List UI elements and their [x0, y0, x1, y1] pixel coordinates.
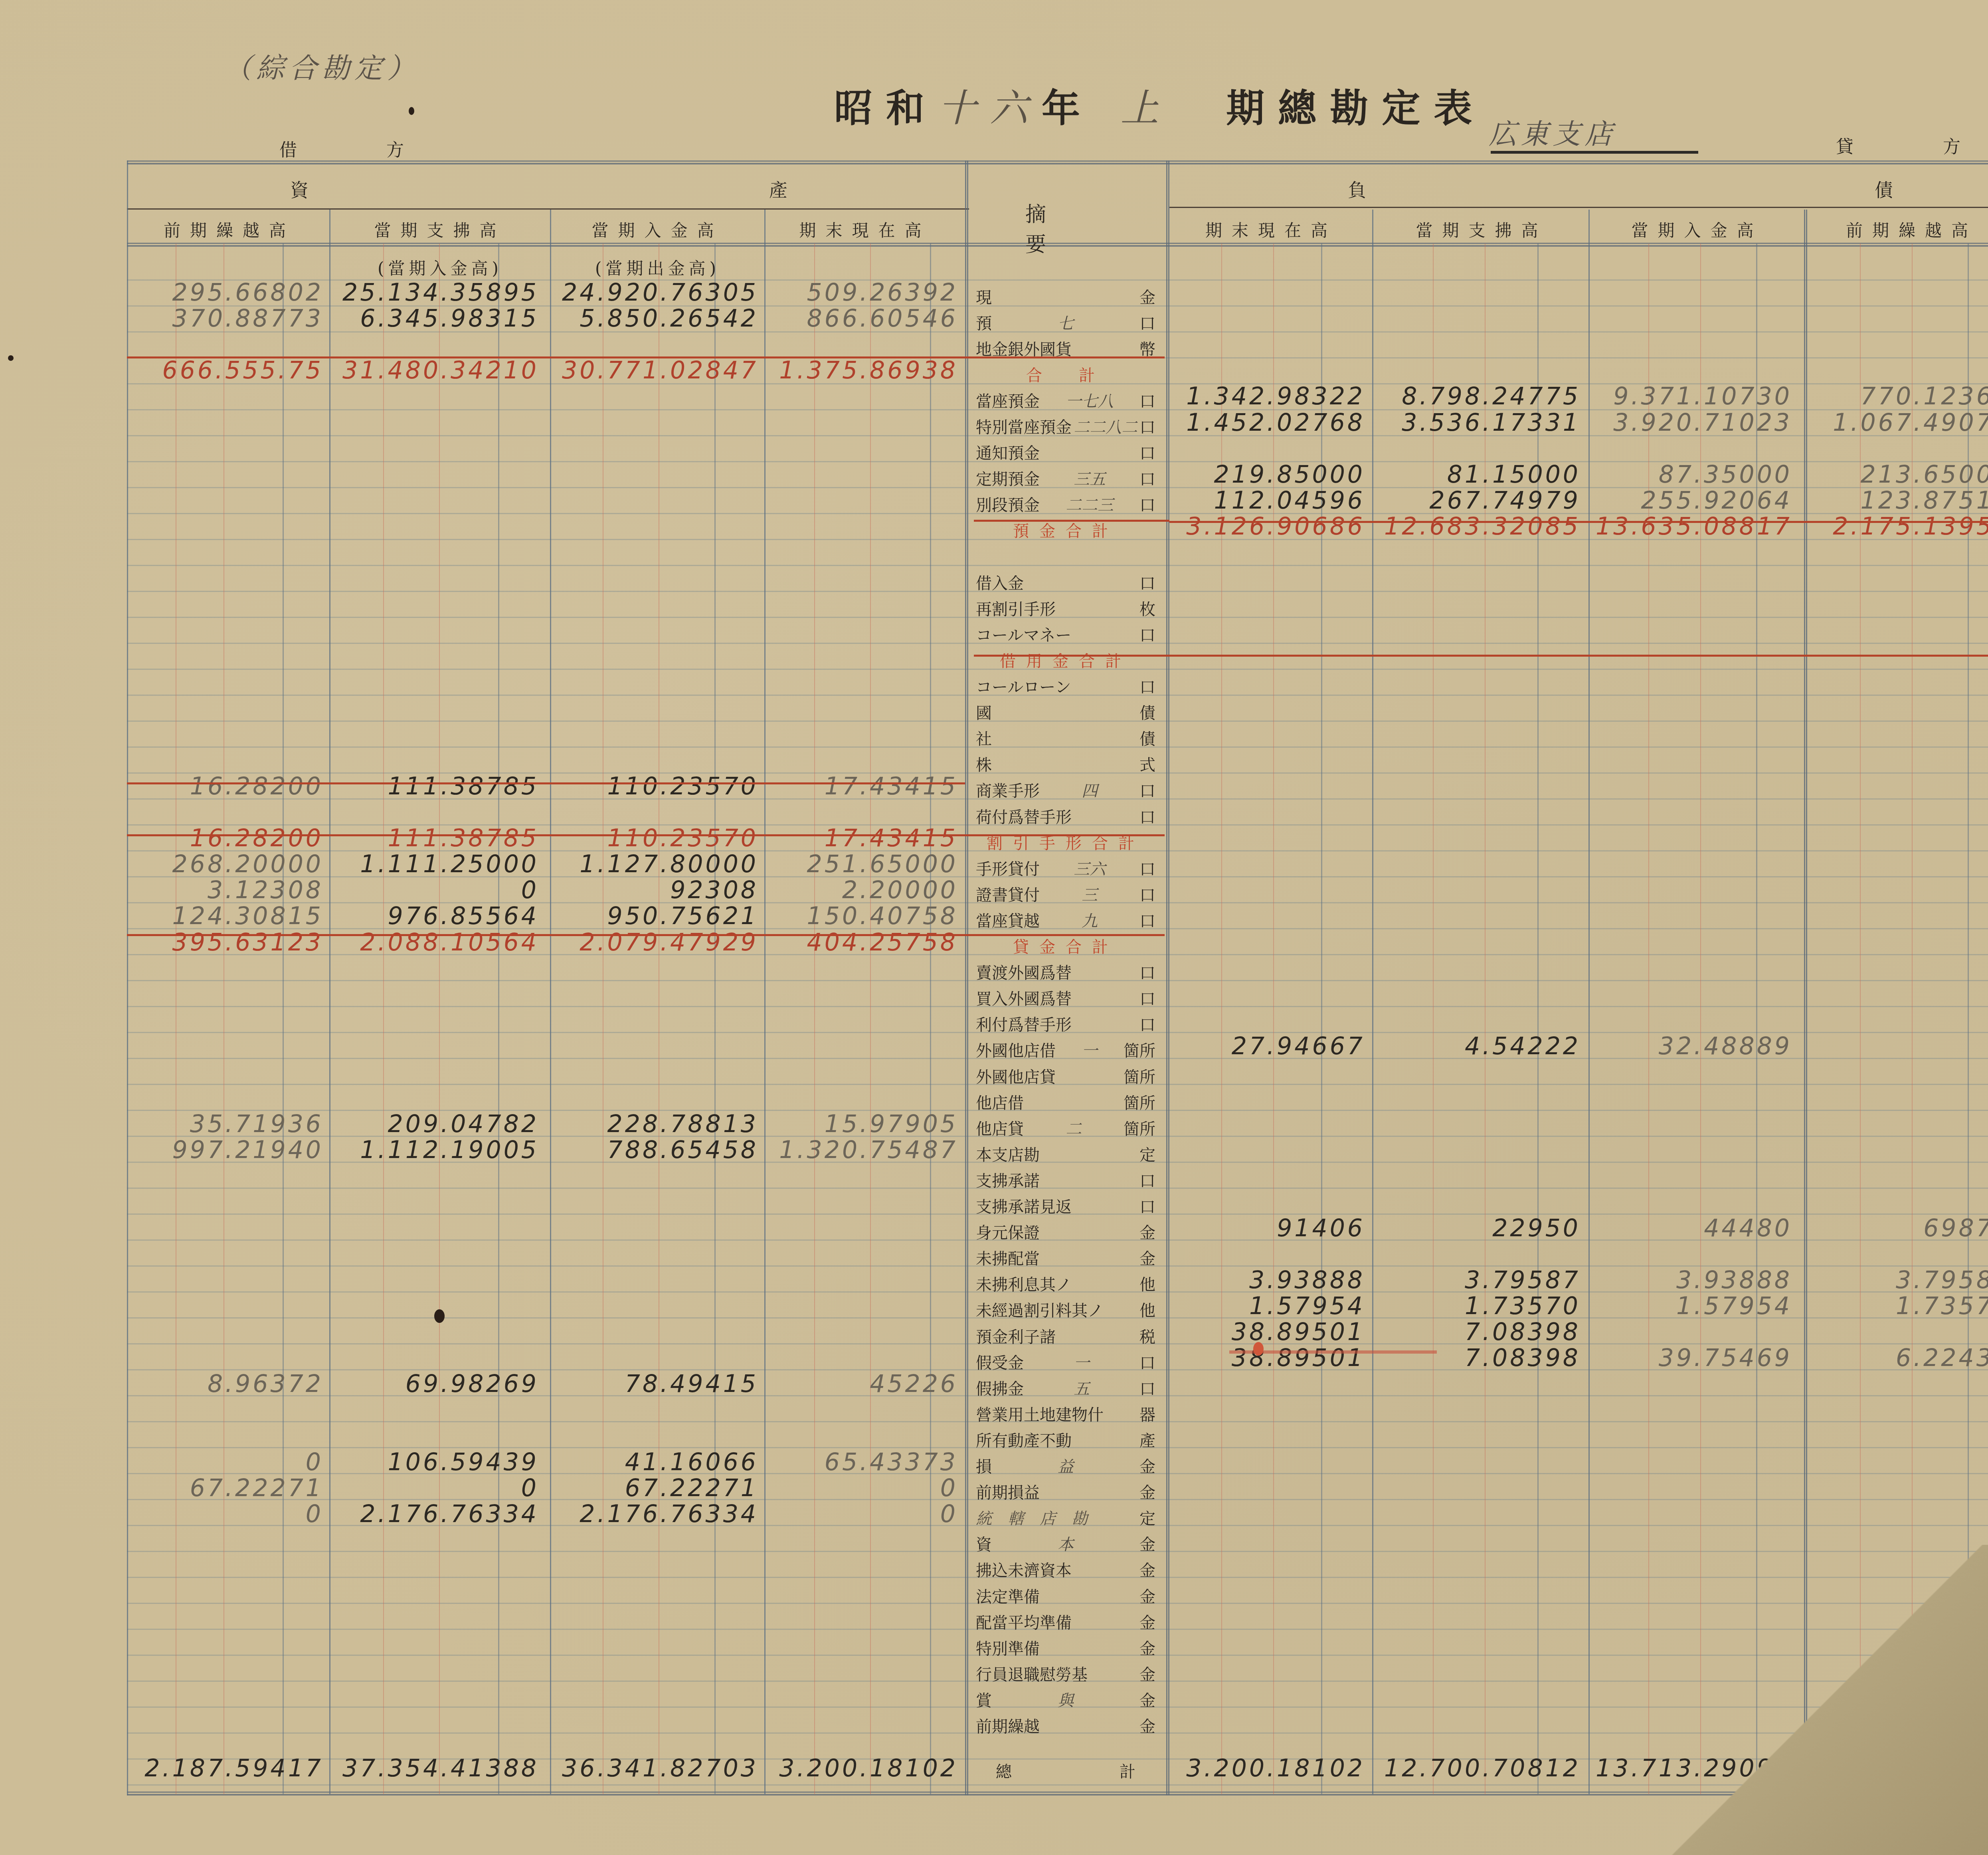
- label-end: 口: [1139, 467, 1155, 489]
- account-count: 一七八: [1040, 389, 1139, 412]
- liability-amount: 255.92064: [1592, 487, 1792, 515]
- label-end: 口: [1139, 883, 1155, 905]
- summary-label: 賞與金: [976, 1687, 1155, 1711]
- stamp-sogo-kanjo: （綜合勘定）: [224, 46, 420, 86]
- asset-amount: 111.38785: [331, 824, 539, 852]
- summary-label: 他店借箇所: [976, 1090, 1155, 1114]
- summary-header-char-2: 要: [1025, 233, 1114, 257]
- asset-amount: 0: [132, 1448, 323, 1476]
- summary-label: 利付爲替手形口: [976, 1012, 1155, 1036]
- label-start: 通知預金: [976, 441, 1040, 463]
- summary-label: 貸金合計: [976, 934, 1155, 958]
- account-count: 七: [992, 311, 1139, 334]
- summary-label: 資本金: [976, 1532, 1155, 1556]
- asset-amount: 0: [331, 876, 539, 904]
- digit-rule: [224, 244, 224, 1794]
- liabilities-group-divider: [1169, 207, 1988, 208]
- label-start: 別段預金: [976, 493, 1040, 515]
- assets-group-divider: [127, 208, 969, 210]
- liability-amount: 38.89501: [1173, 1318, 1365, 1346]
- label-middle: 益: [992, 1454, 1139, 1477]
- label-end: 口: [1139, 1350, 1155, 1373]
- label-end: 口: [1139, 857, 1155, 879]
- label-end: 金: [1139, 1454, 1155, 1477]
- summary-label: 合 計: [976, 362, 1155, 386]
- subtotal-label: 貸金合計: [1013, 934, 1118, 957]
- liability-amount: 770.12367: [1804, 382, 1988, 410]
- asset-amount: 3.12308: [132, 876, 323, 904]
- label-start: 定期預金: [976, 467, 1040, 489]
- label-start: コールローン: [976, 675, 1071, 697]
- summary-label: 借入金口: [976, 570, 1155, 594]
- liability-amount: 219.85000: [1173, 461, 1365, 489]
- digit-rule: [814, 244, 815, 1794]
- asset-amount: 16.28200: [132, 824, 323, 852]
- label-end: 口: [1139, 441, 1155, 463]
- liability-amount: 1.73570: [1377, 1292, 1581, 1320]
- title-main: 期總勘定表: [1226, 85, 1486, 131]
- col-header-liab-paid: 當期支拂高: [1375, 218, 1588, 242]
- label-end: 箇所: [1124, 1038, 1155, 1061]
- summary-label: 證書貸付三口: [976, 882, 1155, 906]
- summary-label: 國債: [976, 700, 1155, 724]
- digit-rule: [383, 244, 384, 1794]
- liability-amount: 91406: [1173, 1214, 1365, 1242]
- summary-label: 前期損益金: [976, 1480, 1155, 1504]
- asset-amount: 25.134.35895: [331, 279, 539, 307]
- asset-amount: 251.65000: [766, 850, 958, 878]
- label-start: 營業用土地建物什: [976, 1402, 1104, 1425]
- summary-label: 賣渡外國爲替口: [976, 960, 1155, 984]
- label-end: 口: [1139, 389, 1155, 412]
- label-end: 税: [1139, 1324, 1155, 1347]
- label-end: 金: [1139, 1480, 1155, 1503]
- label-start: 本支店勘: [976, 1142, 1040, 1165]
- asset-amount: 1.375.86938: [766, 356, 958, 384]
- title-year-handwritten: 十六: [938, 86, 1042, 131]
- label-start: 現: [976, 285, 992, 308]
- label-start: 特別當座預金: [976, 415, 1072, 438]
- asset-total: 2.187.59417: [132, 1754, 323, 1782]
- liability-amount: 1.452.02768: [1173, 409, 1365, 437]
- col-header-liab-received: 當期入金高: [1590, 218, 1804, 242]
- summary-label: 未經過割引料其ノ他: [976, 1298, 1155, 1322]
- label-end: 口: [1139, 415, 1155, 438]
- label-start: 損: [976, 1454, 992, 1477]
- asset-amount: 295.66802: [132, 279, 323, 307]
- label-start: 賞: [976, 1688, 992, 1711]
- summary-label: 預七口: [976, 310, 1155, 334]
- label-end: 口: [1139, 986, 1155, 1009]
- summary-label: 預金利子諸税: [976, 1324, 1155, 1348]
- asset-amount: 150.40758: [766, 902, 958, 930]
- liability-amount: 3.920.71023: [1592, 409, 1792, 437]
- asset-amount: 209.04782: [331, 1110, 539, 1138]
- col-divider: [1588, 210, 1590, 1794]
- label-end: 定: [1139, 1506, 1155, 1529]
- asset-amount: 67.22271: [551, 1474, 758, 1502]
- summary-label: 配當平均準備金: [976, 1610, 1155, 1633]
- summary-label: 假拂金五口: [976, 1376, 1155, 1400]
- col-divider: [329, 210, 330, 1794]
- liability-amount: 39.75469: [1592, 1344, 1792, 1372]
- liability-amount: 3.79587: [1804, 1266, 1988, 1294]
- label-end: 口: [1139, 1168, 1155, 1191]
- label-end: 金: [1139, 1220, 1155, 1243]
- label-start: 證書貸付: [976, 883, 1040, 905]
- label-middle: 本: [992, 1532, 1139, 1555]
- label-start: 統轄店勘: [976, 1506, 1104, 1529]
- asset-amount: 45226: [766, 1370, 958, 1398]
- label-start: 行員退職慰勞基: [976, 1662, 1088, 1685]
- asset-amount: 69.98269: [331, 1370, 539, 1398]
- asset-amount: 268.20000: [132, 850, 323, 878]
- summary-label: 株式: [976, 752, 1155, 776]
- liability-amount: 4.54222: [1377, 1032, 1581, 1060]
- subtotal-label: 借用金合計: [1000, 649, 1131, 671]
- liabilities-group-char-1: 負: [1337, 176, 1377, 202]
- liability-amount: 6.22430: [1804, 1344, 1988, 1372]
- asset-amount: 228.78813: [551, 1110, 758, 1138]
- asset-total: 37.354.41388: [331, 1754, 539, 1782]
- label-end: 口: [1139, 1012, 1155, 1035]
- label-start: 當座貸越: [976, 909, 1040, 931]
- asset-amount: 0: [766, 1474, 958, 1502]
- grand-total-label-char: 計: [1120, 1759, 1135, 1782]
- asset-amount: 6.345.98315: [331, 305, 539, 333]
- label-end: 口: [1139, 909, 1155, 931]
- label-start: 手形貸付: [976, 857, 1040, 879]
- red-rule: [127, 356, 1165, 358]
- subtotal-label: 預金合計: [1013, 519, 1118, 541]
- account-count: 三六: [1040, 857, 1139, 879]
- digit-rule: [176, 244, 176, 1794]
- label-start: 未拂配當: [976, 1246, 1040, 1269]
- summary-label: 再割引手形枚: [976, 596, 1155, 620]
- summary-label: 特別當座預金二二八二口: [976, 414, 1155, 438]
- folded-corner: [1668, 1545, 1988, 1855]
- label-start: 配當平均準備: [976, 1610, 1072, 1633]
- col-subheader-asset-received: (當期出金高): [551, 255, 764, 279]
- asset-amount: 0: [132, 1500, 323, 1528]
- summary-label: 荷付爲替手形口: [976, 804, 1155, 828]
- label-end: 他: [1139, 1298, 1155, 1321]
- label-end: 債: [1139, 701, 1155, 723]
- label-start: 當座預金: [976, 389, 1040, 412]
- liability-total: 3.200.18102: [1173, 1754, 1365, 1782]
- asset-amount: 1.111.25000: [331, 850, 539, 878]
- liability-amount: 3.536.17331: [1377, 409, 1581, 437]
- asset-amount: 370.88773: [132, 305, 323, 333]
- col-divider: [1372, 210, 1373, 1794]
- asset-amount: 2.176.76334: [331, 1500, 539, 1528]
- label-end: 金: [1139, 285, 1155, 308]
- red-seal-mark: [1253, 1342, 1264, 1356]
- label-start: 他店借: [976, 1091, 1024, 1113]
- summary-label: 當座預金一七八口: [976, 388, 1155, 412]
- liability-amount: 9.371.10730: [1592, 382, 1792, 410]
- grand-total-label: 總計: [976, 1758, 1155, 1782]
- label-start: 商業手形: [976, 778, 1040, 801]
- summary-label: 外國他店借一箇所: [976, 1038, 1155, 1062]
- label-start: 預: [976, 311, 992, 334]
- liability-amount: 69876: [1804, 1214, 1988, 1242]
- label-end: 定: [1139, 1142, 1155, 1165]
- summary-label: 身元保證金: [976, 1220, 1155, 1244]
- assets-group-char-2: 產: [758, 176, 798, 202]
- liability-amount: 1.73570: [1804, 1292, 1988, 1320]
- liability-amount: 87.35000: [1592, 461, 1792, 489]
- liability-amount: 13.635.08817: [1592, 513, 1792, 540]
- digit-rule: [603, 244, 603, 1794]
- liability-amount: 3.93888: [1592, 1266, 1792, 1294]
- asset-amount: 110.23570: [551, 772, 758, 800]
- red-rule: [974, 655, 1988, 657]
- summary-label: 借用金合計: [976, 648, 1155, 672]
- summary-label: 假受金一口: [976, 1350, 1155, 1374]
- summary-label: 特別準備金: [976, 1635, 1155, 1659]
- liability-amount: 27.94667: [1173, 1032, 1365, 1060]
- summary-right-border: [1166, 160, 1169, 1795]
- asset-amount: 0: [766, 1500, 958, 1528]
- label-start: 所有動產不動: [976, 1428, 1072, 1451]
- label-start: 前期損益: [976, 1480, 1040, 1503]
- summary-header-char-1: 摘: [1025, 203, 1114, 227]
- liability-amount: 3.79587: [1377, 1266, 1581, 1294]
- label-end: 口: [1139, 778, 1155, 801]
- liability-amount: 1.57954: [1173, 1292, 1365, 1320]
- summary-label: 統轄店勘定: [976, 1506, 1155, 1530]
- ink-dot: [409, 107, 414, 115]
- assets-group-char-1: 資: [279, 176, 319, 202]
- col-divider: [764, 210, 766, 1794]
- summary-header: 摘要: [994, 198, 1145, 257]
- liability-total: 12.700.70812: [1377, 1754, 1581, 1782]
- asset-amount: 2.079.47929: [551, 928, 758, 956]
- label-start: 支拂承諾: [976, 1168, 1040, 1191]
- label-end: 金: [1139, 1714, 1155, 1737]
- summary-label: 社債: [976, 726, 1155, 750]
- label-start: 買入外國爲替: [976, 986, 1072, 1009]
- asset-amount: 2.20000: [766, 876, 958, 904]
- asset-amount: 866.60546: [766, 305, 958, 333]
- liability-amount: 44480: [1592, 1214, 1792, 1242]
- account-count: 二二八二: [1072, 415, 1139, 438]
- liability-amount: 2.175.13950: [1804, 513, 1988, 540]
- summary-label: 通知預金口: [976, 440, 1155, 464]
- label-end: 口: [1139, 1376, 1155, 1399]
- asset-amount: 2.088.10564: [331, 928, 539, 956]
- account-count: 三五: [1040, 467, 1139, 489]
- liability-amount: 22950: [1377, 1214, 1581, 1242]
- asset-amount: 78.49415: [551, 1370, 758, 1398]
- asset-amount: 110.23570: [551, 824, 758, 852]
- col-header-asset-received: 當期入金高: [551, 218, 764, 242]
- liability-amount: 81.15000: [1377, 461, 1581, 489]
- col-subheader-asset-paid: (當期入金高): [331, 255, 549, 279]
- title-prefix: 昭和: [834, 85, 938, 131]
- label-end: 債: [1139, 727, 1155, 749]
- grand-total-label-char: 總: [996, 1759, 1012, 1782]
- label-start: 國: [976, 701, 992, 723]
- label-end: 口: [1139, 960, 1155, 983]
- account-count: 四: [1040, 778, 1139, 801]
- asset-amount: 24.920.76305: [551, 279, 758, 307]
- table-top-border: [127, 160, 1988, 164]
- col-header-asset-balance: 期末現在高: [766, 218, 964, 242]
- label-start: 再割引手形: [976, 597, 1056, 620]
- label-end: 箇所: [1124, 1065, 1155, 1087]
- label-start: 未經過割引料其ノ: [976, 1298, 1104, 1321]
- label-end: 產: [1139, 1428, 1155, 1451]
- label-end: 口: [1139, 311, 1155, 334]
- sen-divider: [714, 244, 716, 1794]
- summary-left-border: [965, 160, 968, 1795]
- liability-amount: 12.683.32085: [1377, 513, 1581, 540]
- liability-amount: 112.04596: [1173, 487, 1365, 515]
- label-start: 他店貸: [976, 1117, 1024, 1139]
- summary-label: 支拂承諾見返口: [976, 1194, 1155, 1218]
- asset-amount: 30.771.02847: [551, 356, 758, 384]
- asset-amount: 124.30815: [132, 902, 323, 930]
- label-end: 金: [1139, 1532, 1155, 1555]
- liability-amount: 1.342.98322: [1173, 382, 1365, 410]
- asset-amount: 2.176.76334: [551, 1500, 758, 1528]
- asset-amount: 17.43415: [766, 772, 958, 800]
- label-start: 借入金: [976, 571, 1024, 594]
- asset-amount: 31.480.34210: [331, 356, 539, 384]
- summary-label: [976, 544, 1155, 568]
- title-period-handwritten: 上: [1120, 86, 1172, 131]
- asset-amount: 106.59439: [331, 1448, 539, 1476]
- label-start: 未拂利息其ノ: [976, 1272, 1072, 1295]
- summary-label: 別段預金二二三口: [976, 492, 1155, 516]
- label-end: 口: [1139, 571, 1155, 594]
- asset-amount: 666.555.75: [132, 356, 323, 384]
- label-start: 身元保證: [976, 1220, 1040, 1243]
- digit-rule: [439, 244, 440, 1794]
- account-count: 二二三: [1040, 493, 1139, 515]
- summary-label: 損益金: [976, 1454, 1155, 1478]
- label-start: 假拂金: [976, 1376, 1024, 1399]
- asset-amount: 41.16066: [551, 1448, 758, 1476]
- col-header-liab-carryover: 前期繰越高: [1808, 218, 1988, 242]
- liability-amount: 123.87511: [1804, 487, 1988, 515]
- summary-label: 法定準備金: [976, 1584, 1155, 1608]
- col-header-asset-paid: 當期支拂高: [331, 218, 549, 242]
- red-rule: [127, 934, 1165, 936]
- asset-amount: 15.97905: [766, 1110, 958, 1138]
- asset-amount: 509.26392: [766, 279, 958, 307]
- asset-amount: 976.85564: [331, 902, 539, 930]
- subtotal-label: 合 計: [1026, 363, 1105, 386]
- digit-rule: [659, 244, 659, 1794]
- col-header-asset-carryover: 前期繰越高: [132, 218, 327, 242]
- account-count: 九: [1040, 909, 1139, 931]
- summary-label: 所有動產不動產: [976, 1427, 1155, 1451]
- asset-total: 3.200.18102: [766, 1754, 958, 1782]
- asset-amount: 65.43373: [766, 1448, 958, 1476]
- summary-label: 前期繰越金: [976, 1714, 1155, 1738]
- asset-amount: 1.127.80000: [551, 850, 758, 878]
- red-rule: [1169, 521, 1988, 523]
- label-end: 金: [1139, 1610, 1155, 1633]
- label-end: 金: [1139, 1662, 1155, 1685]
- asset-amount: 997.21940: [132, 1136, 323, 1164]
- sen-divider: [498, 244, 499, 1794]
- summary-label: 本支店勘定: [976, 1142, 1155, 1166]
- summary-label: 當座貸越九口: [976, 908, 1155, 932]
- liabilities-group-char-2: 債: [1864, 176, 1904, 202]
- label-end: 器: [1139, 1402, 1155, 1425]
- summary-label: 未拂利息其ノ他: [976, 1272, 1155, 1296]
- summary-label: 未拂配當金: [976, 1246, 1155, 1270]
- label-start: 荷付爲替手形: [976, 805, 1072, 828]
- summary-label: 拂込未濟資本金: [976, 1558, 1155, 1582]
- ink-dot: [8, 355, 14, 361]
- label-end: 箇所: [1124, 1117, 1155, 1139]
- summary-label: 他店貸二箇所: [976, 1116, 1155, 1140]
- label-end: 金: [1139, 1584, 1155, 1607]
- asset-amount: 8.96372: [132, 1370, 323, 1398]
- label-end: 口: [1139, 623, 1155, 645]
- label-end: 口: [1139, 805, 1155, 828]
- asset-amount: 16.28200: [132, 772, 323, 800]
- liability-amount: 213.65000: [1804, 461, 1988, 489]
- asset-amount: 67.22271: [132, 1474, 323, 1502]
- label-end: 箇所: [1124, 1091, 1155, 1113]
- label-start: 社: [976, 727, 992, 749]
- sen-divider: [930, 244, 931, 1794]
- liability-amount: 1.067.49070: [1804, 409, 1988, 437]
- red-rule: [127, 782, 965, 784]
- col-divider: [550, 210, 551, 1794]
- liability-amount: 7.08398: [1377, 1344, 1581, 1372]
- label-start: 外國他店借: [976, 1038, 1056, 1061]
- digit-rule: [870, 244, 871, 1794]
- account-count: 三: [1040, 883, 1139, 905]
- summary-label: 外國他店貸箇所: [976, 1064, 1155, 1088]
- liability-amount: 38.89501: [1173, 1344, 1365, 1372]
- summary-label: 行員退職慰勞基金: [976, 1661, 1155, 1685]
- label-start: 株: [976, 752, 992, 775]
- liability-amount: 1.57954: [1592, 1292, 1792, 1320]
- account-count: 二: [1024, 1117, 1124, 1139]
- account-count: 一: [1024, 1350, 1139, 1373]
- summary-label: 現金: [976, 284, 1155, 308]
- red-rule: [974, 520, 1169, 522]
- label-start: 法定準備: [976, 1584, 1040, 1607]
- label-start: コールマネー: [976, 623, 1071, 645]
- label-end: 他: [1139, 1272, 1155, 1295]
- liability-amount: 7.08398: [1377, 1318, 1581, 1346]
- label-end: 口: [1139, 493, 1155, 515]
- label-end: 枚: [1139, 597, 1155, 620]
- label-end: 金: [1139, 1636, 1155, 1659]
- summary-label: コールマネー口: [976, 622, 1155, 646]
- asset-amount: 92308: [551, 876, 758, 904]
- red-rule: [127, 834, 1165, 836]
- title-year-suffix: 年: [1042, 85, 1094, 131]
- label-start: 資: [976, 1532, 992, 1555]
- liability-amount: 8.798.24775: [1377, 382, 1581, 410]
- summary-label: コールローン口: [976, 674, 1155, 698]
- label-end: 口: [1139, 1194, 1155, 1217]
- asset-amount: 17.43415: [766, 824, 958, 852]
- summary-label: 支拂承諾口: [976, 1168, 1155, 1192]
- label-start: 賣渡外國爲替: [976, 960, 1072, 983]
- asset-amount: 1.112.19005: [331, 1136, 539, 1164]
